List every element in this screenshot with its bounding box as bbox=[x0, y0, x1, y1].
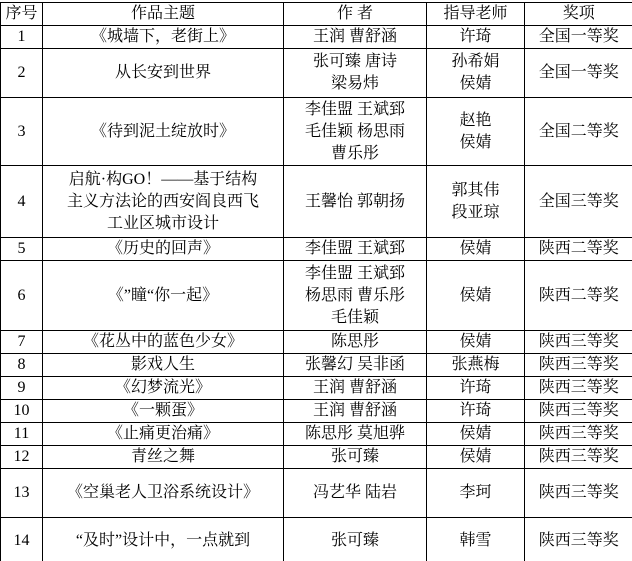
cell-award: 陕西三等奖 bbox=[525, 377, 632, 400]
table-body: 1《城墙下，老街上》王润 曹舒涵许琦全国一等奖2从长安到世界张可臻 唐诗 梁易炜… bbox=[1, 26, 632, 561]
header-cell-theme: 作品主题 bbox=[43, 3, 284, 26]
table-row: 13《空巢老人卫浴系统设计》冯艺华 陆岩李珂陕西三等奖 bbox=[1, 469, 632, 518]
cell-award: 全国二等奖 bbox=[525, 98, 632, 166]
document-page: 序号 作品主题 作 者 指导老师 奖项 1《城墙下，老街上》王润 曹舒涵许琦全国… bbox=[0, 0, 632, 561]
cell-no: 1 bbox=[1, 26, 43, 49]
cell-authors: 冯艺华 陆岩 bbox=[284, 469, 427, 518]
cell-theme: 青丝之舞 bbox=[43, 446, 284, 469]
table-row: 3《待到泥土绽放时》李佳盟 王斌郅 毛佳颖 杨思雨 曹乐彤赵艳 侯婧全国二等奖 bbox=[1, 98, 632, 166]
cell-authors: 陈思彤 bbox=[284, 331, 427, 354]
cell-authors: 李佳盟 王斌郅 毛佳颖 杨思雨 曹乐彤 bbox=[284, 98, 427, 166]
cell-no: 10 bbox=[1, 400, 43, 423]
cell-award: 陕西三等奖 bbox=[525, 331, 632, 354]
cell-no: 12 bbox=[1, 446, 43, 469]
cell-authors: 王润 曹舒涵 bbox=[284, 26, 427, 49]
cell-authors: 李佳盟 王斌郅 杨思雨 曹乐彤 毛佳颖 bbox=[284, 261, 427, 331]
cell-theme: 《止痛更治痛》 bbox=[43, 423, 284, 446]
table-row: 7《花丛中的蓝色少女》陈思彤侯婧陕西三等奖 bbox=[1, 331, 632, 354]
header-cell-authors: 作 者 bbox=[284, 3, 427, 26]
cell-award: 陕西二等奖 bbox=[525, 238, 632, 261]
cell-theme: 影戏人生 bbox=[43, 354, 284, 377]
cell-authors: 王润 曹舒涵 bbox=[284, 400, 427, 423]
cell-no: 7 bbox=[1, 331, 43, 354]
table-row: 4启航·构GO！——基于结构 主义方法论的西安阎良西飞 工业区城市设计王馨怡 郭… bbox=[1, 166, 632, 238]
cell-advisor: 侯婧 bbox=[427, 331, 525, 354]
table-row: 9《幻梦流光》王润 曹舒涵许琦陕西三等奖 bbox=[1, 377, 632, 400]
cell-advisor: 李珂 bbox=[427, 469, 525, 518]
table-row: 12青丝之舞张可臻侯婧陕西三等奖 bbox=[1, 446, 632, 469]
cell-advisor: 许琦 bbox=[427, 377, 525, 400]
header-cell-award: 奖项 bbox=[525, 3, 632, 26]
cell-theme: 《待到泥土绽放时》 bbox=[43, 98, 284, 166]
cell-theme: 《空巢老人卫浴系统设计》 bbox=[43, 469, 284, 518]
cell-advisor: 侯婧 bbox=[427, 238, 525, 261]
cell-theme: 《一颗蛋》 bbox=[43, 400, 284, 423]
table-header-row: 序号 作品主题 作 者 指导老师 奖项 bbox=[1, 3, 632, 26]
cell-theme: “及时”设计中，一点就到 bbox=[43, 518, 284, 561]
cell-award: 陕西三等奖 bbox=[525, 400, 632, 423]
table-row: 11《止痛更治痛》陈思彤 莫旭骅侯婧陕西三等奖 bbox=[1, 423, 632, 446]
header-cell-no: 序号 bbox=[1, 3, 43, 26]
cell-advisor: 韩雪 bbox=[427, 518, 525, 561]
table-row: 5《历史的回声》李佳盟 王斌郅侯婧陕西二等奖 bbox=[1, 238, 632, 261]
cell-advisor: 孙希娟 侯婧 bbox=[427, 49, 525, 98]
cell-advisor: 郭其伟 段亚琼 bbox=[427, 166, 525, 238]
table-row: 6《”瞳“你一起》李佳盟 王斌郅 杨思雨 曹乐彤 毛佳颖侯婧陕西二等奖 bbox=[1, 261, 632, 331]
cell-award: 陕西三等奖 bbox=[525, 518, 632, 561]
cell-advisor: 许琦 bbox=[427, 26, 525, 49]
cell-authors: 王馨怡 郭朝扬 bbox=[284, 166, 427, 238]
cell-award: 陕西三等奖 bbox=[525, 446, 632, 469]
cell-theme: 《城墙下，老街上》 bbox=[43, 26, 284, 49]
header-cell-advisor: 指导老师 bbox=[427, 3, 525, 26]
cell-advisor: 赵艳 侯婧 bbox=[427, 98, 525, 166]
cell-no: 3 bbox=[1, 98, 43, 166]
cell-award: 全国三等奖 bbox=[525, 166, 632, 238]
cell-theme: 《花丛中的蓝色少女》 bbox=[43, 331, 284, 354]
cell-award: 全国一等奖 bbox=[525, 26, 632, 49]
cell-authors: 张可臻 bbox=[284, 518, 427, 561]
cell-authors: 张可臻 bbox=[284, 446, 427, 469]
cell-theme: 从长安到世界 bbox=[43, 49, 284, 98]
cell-no: 4 bbox=[1, 166, 43, 238]
table-row: 1《城墙下，老街上》王润 曹舒涵许琦全国一等奖 bbox=[1, 26, 632, 49]
cell-no: 6 bbox=[1, 261, 43, 331]
cell-authors: 王润 曹舒涵 bbox=[284, 377, 427, 400]
cell-authors: 张馨幻 吴非函 bbox=[284, 354, 427, 377]
cell-authors: 李佳盟 王斌郅 bbox=[284, 238, 427, 261]
table-row: 14“及时”设计中，一点就到张可臻韩雪陕西三等奖 bbox=[1, 518, 632, 561]
cell-no: 8 bbox=[1, 354, 43, 377]
cell-no: 13 bbox=[1, 469, 43, 518]
cell-advisor: 张燕梅 bbox=[427, 354, 525, 377]
table-row: 2从长安到世界张可臻 唐诗 梁易炜孙希娟 侯婧全国一等奖 bbox=[1, 49, 632, 98]
cell-award: 陕西三等奖 bbox=[525, 354, 632, 377]
table-row: 8影戏人生张馨幻 吴非函张燕梅陕西三等奖 bbox=[1, 354, 632, 377]
cell-award: 陕西三等奖 bbox=[525, 469, 632, 518]
cell-award: 陕西三等奖 bbox=[525, 423, 632, 446]
cell-advisor: 侯婧 bbox=[427, 261, 525, 331]
table-row: 10《一颗蛋》王润 曹舒涵许琦陕西三等奖 bbox=[1, 400, 632, 423]
cell-award: 陕西二等奖 bbox=[525, 261, 632, 331]
cell-authors: 陈思彤 莫旭骅 bbox=[284, 423, 427, 446]
cell-advisor: 侯婧 bbox=[427, 423, 525, 446]
cell-no: 2 bbox=[1, 49, 43, 98]
awards-table: 序号 作品主题 作 者 指导老师 奖项 1《城墙下，老街上》王润 曹舒涵许琦全国… bbox=[0, 2, 632, 561]
cell-theme: 启航·构GO！——基于结构 主义方法论的西安阎良西飞 工业区城市设计 bbox=[43, 166, 284, 238]
cell-advisor: 许琦 bbox=[427, 400, 525, 423]
cell-award: 全国一等奖 bbox=[525, 49, 632, 98]
cell-theme: 《”瞳“你一起》 bbox=[43, 261, 284, 331]
cell-authors: 张可臻 唐诗 梁易炜 bbox=[284, 49, 427, 98]
cell-theme: 《历史的回声》 bbox=[43, 238, 284, 261]
cell-advisor: 侯婧 bbox=[427, 446, 525, 469]
cell-theme: 《幻梦流光》 bbox=[43, 377, 284, 400]
cell-no: 11 bbox=[1, 423, 43, 446]
cell-no: 5 bbox=[1, 238, 43, 261]
cell-no: 9 bbox=[1, 377, 43, 400]
cell-no: 14 bbox=[1, 518, 43, 561]
